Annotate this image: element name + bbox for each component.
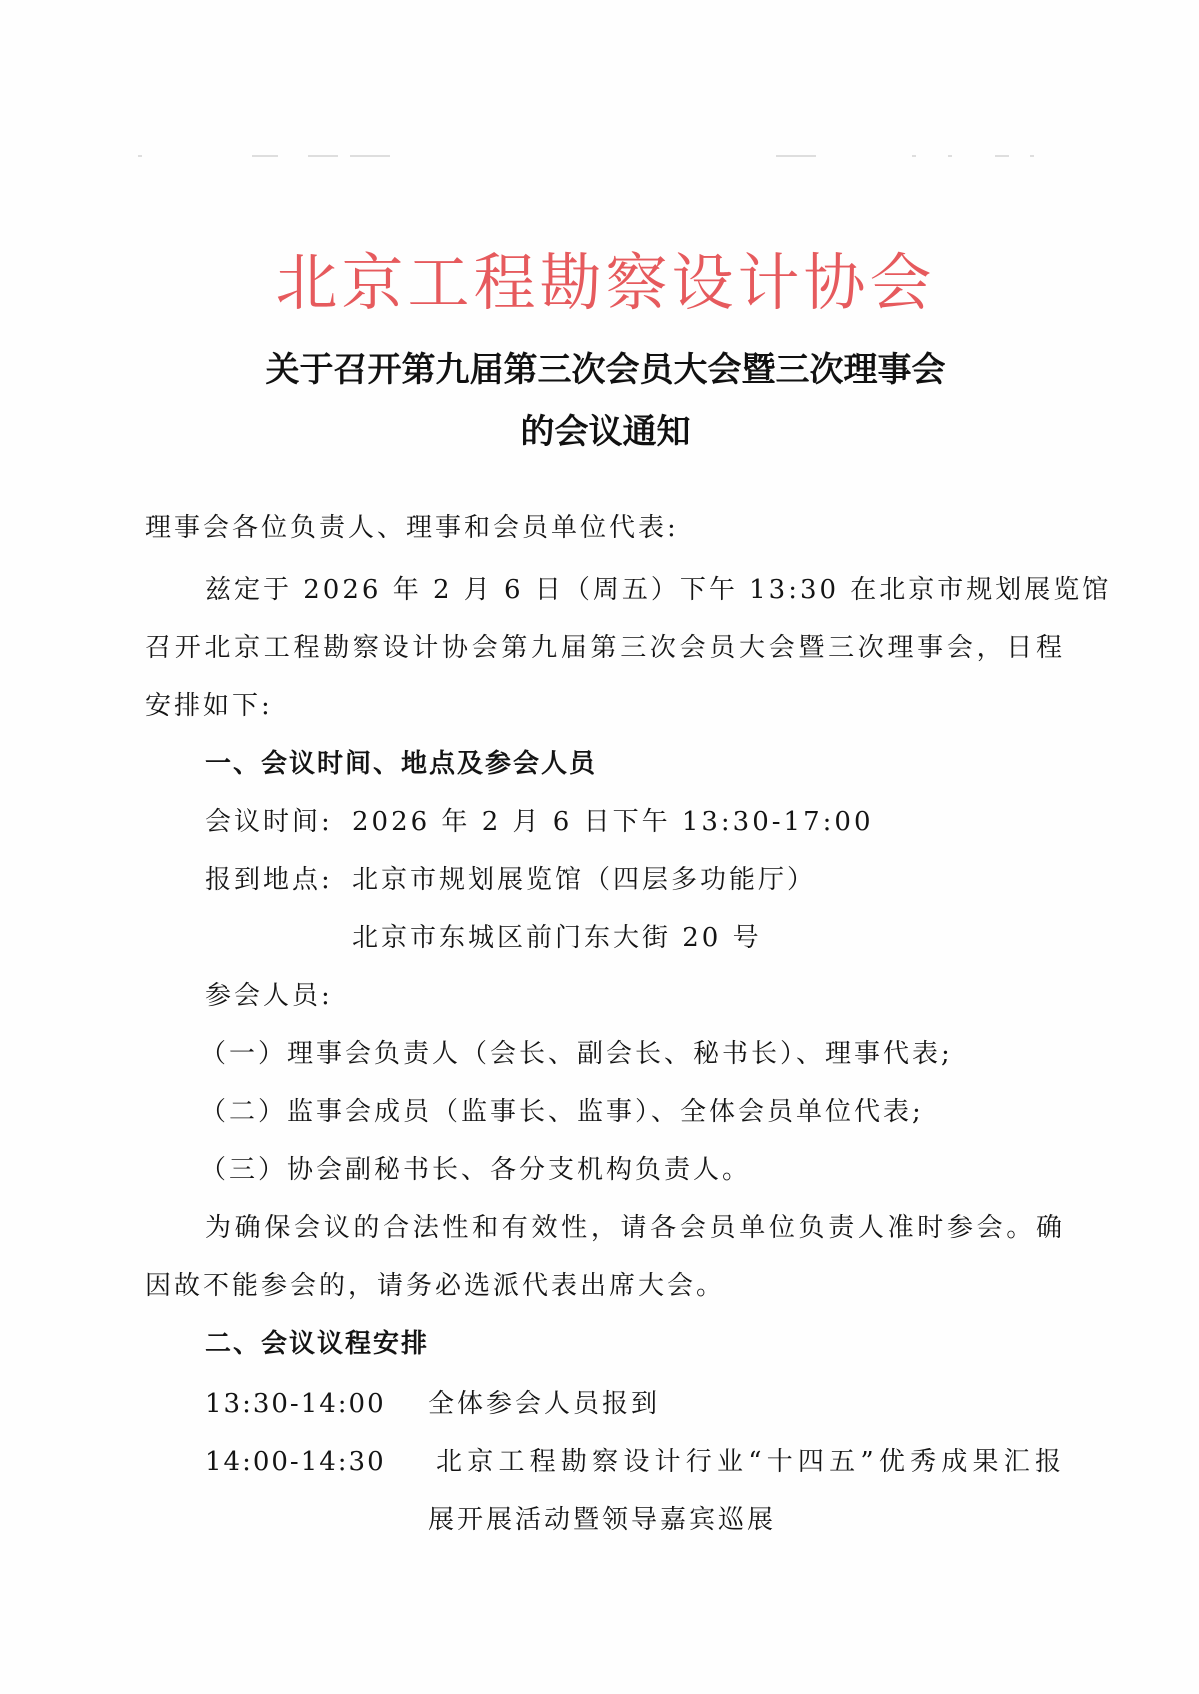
organization-header: 北京工程勘察设计协会: [0, 248, 1199, 318]
document-title-line-2: 的会议通知: [0, 410, 1199, 454]
salutation: 理事会各位负责人、理事和会员单位代表:: [145, 510, 679, 546]
agenda-time: 14:00-14:30: [205, 1444, 386, 1480]
intro-line-1: 兹定于 2026 年 2 月 6 日（周五）下午 13:30 在北京市规划展览馆: [205, 572, 1065, 608]
location-address: 北京市东城区前门东大街 20 号: [352, 920, 762, 956]
attendees-label: 参会人员:: [205, 978, 333, 1014]
scan-artifacts: [0, 155, 1199, 159]
attendee-item: （一）理事会负责人（会长、副会长、秘书长）、理事代表;: [200, 1036, 953, 1072]
location-label: 报到地点:: [205, 862, 333, 898]
meeting-time-value: 2026 年 2 月 6 日下午 13:30-17:00: [352, 804, 873, 840]
attendee-item: （二）监事会成员（监事长、监事）、全体会员单位代表;: [200, 1094, 924, 1130]
agenda-item: 北京工程勘察设计行业“十四五”优秀成果汇报: [436, 1444, 1064, 1480]
location-venue: 北京市规划展览馆（四层多功能厅）: [352, 862, 816, 898]
document-title-line-1: 关于召开第九届第三次会员大会暨三次理事会: [0, 348, 1199, 392]
agenda-item: 全体参会人员报到: [428, 1386, 660, 1422]
attendee-item: （三）协会副秘书长、各分支机构负责人。: [200, 1152, 751, 1188]
section-1-heading: 一、会议时间、地点及参会人员: [205, 746, 597, 782]
document-page: 北京工程勘察设计协会 关于召开第九届第三次会员大会暨三次理事会 的会议通知 理事…: [0, 0, 1199, 1694]
section-2-heading: 二、会议议程安排: [205, 1326, 429, 1362]
intro-line-2: 召开北京工程勘察设计协会第九届第三次会员大会暨三次理事会，日程: [145, 630, 1065, 666]
agenda-item-continued: 展开展活动暨领导嘉宾巡展: [428, 1502, 776, 1538]
intro-line-3: 安排如下:: [145, 688, 273, 724]
attendance-note-line-2: 因故不能参会的，请务必选派代表出席大会。: [145, 1268, 725, 1304]
meeting-time-label: 会议时间:: [205, 804, 333, 840]
agenda-time: 13:30-14:00: [205, 1386, 386, 1422]
attendance-note-line-1: 为确保会议的合法性和有效性，请各会员单位负责人准时参会。确: [205, 1210, 1065, 1246]
